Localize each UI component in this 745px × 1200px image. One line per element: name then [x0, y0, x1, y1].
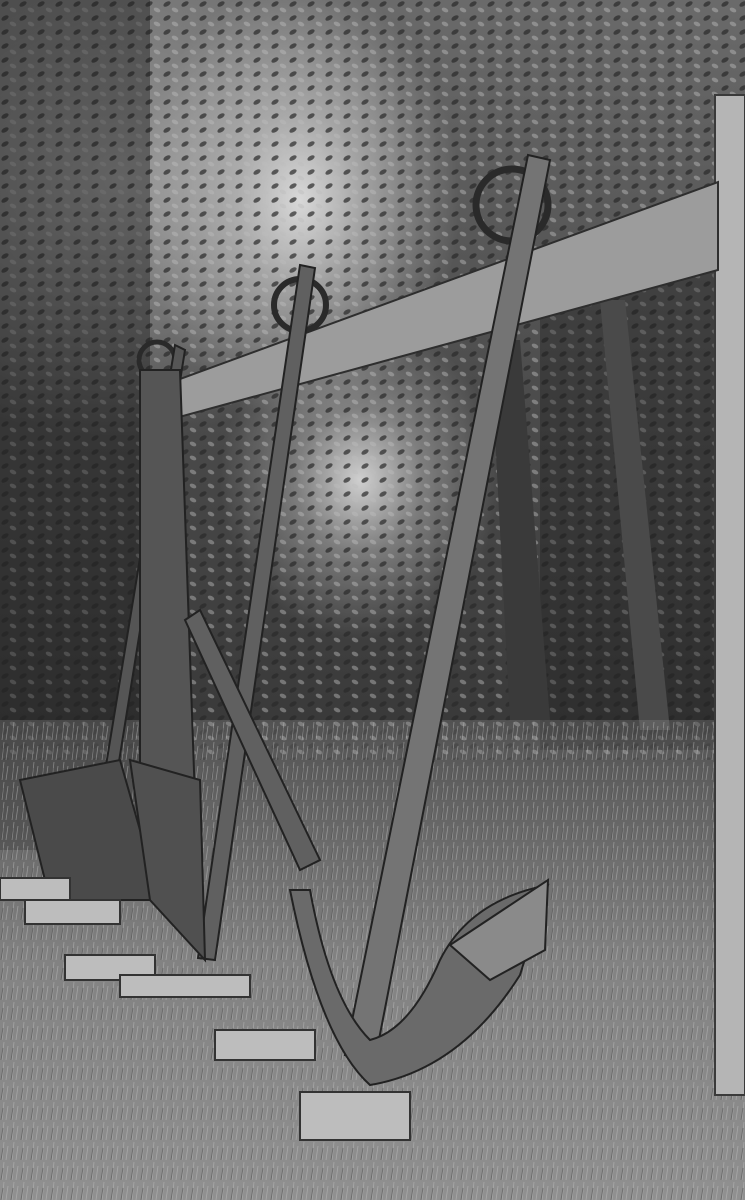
anchors-photograph	[0, 0, 745, 1200]
wooden-crossbeam	[150, 182, 718, 425]
wooden-post	[715, 95, 745, 1095]
anchors-and-beam	[0, 0, 745, 1200]
